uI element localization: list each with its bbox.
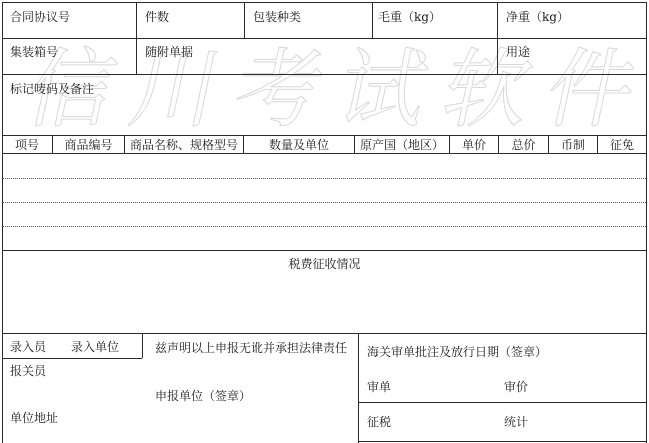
- col-quantity-unit: 数量及单位: [244, 138, 354, 152]
- item-row-separator: [3, 226, 646, 227]
- divider: [358, 441, 647, 442]
- contract-no-label: 合同协议号: [10, 10, 70, 24]
- declaring-unit-label: 申报单位（签章）: [155, 389, 251, 403]
- container-no-label: 集装箱号: [10, 45, 58, 59]
- border-left: [2, 2, 3, 443]
- divider: [358, 402, 647, 403]
- col-currency: 币制: [549, 138, 597, 152]
- divider: [2, 74, 647, 75]
- entry-unit-label: 录入单位: [71, 340, 119, 354]
- border-top: [2, 2, 647, 3]
- divider: [2, 135, 647, 136]
- valuation-label: 审价: [504, 380, 528, 394]
- declaration-statement: 兹声明以上申报无讹并承担法律责任: [155, 341, 347, 355]
- entry-clerk-label: 录入员: [10, 340, 46, 354]
- usage-label: 用途: [506, 45, 530, 59]
- net-weight-label: 净重（kg）: [506, 10, 569, 24]
- declarant-label: 报关员: [10, 364, 46, 378]
- divider: [2, 153, 647, 154]
- divider: [372, 2, 373, 38]
- tax-section-title: 税费征收情况: [2, 257, 647, 271]
- gross-weight-label: 毛重（kg）: [378, 10, 441, 24]
- col-commodity-name: 商品名称、规格型号: [125, 138, 243, 152]
- item-row-separator: [3, 202, 646, 203]
- col-origin-country: 原产国（地区）: [355, 138, 449, 152]
- col-duty-exemption: 征免: [598, 138, 646, 152]
- col-unit-price: 单价: [450, 138, 498, 152]
- divider: [358, 333, 359, 443]
- divider: [2, 38, 647, 39]
- col-commodity-code: 商品编号: [53, 138, 124, 152]
- divider: [2, 250, 647, 251]
- col-item-no: 项号: [2, 138, 52, 152]
- statistics-label: 统计: [504, 415, 528, 429]
- packages-label: 件数: [145, 10, 169, 24]
- divider: [142, 333, 143, 358]
- border-right: [646, 2, 647, 443]
- marks-label: 标记唛码及备注: [10, 82, 94, 96]
- taxation-label: 征税: [367, 415, 391, 429]
- divider: [2, 333, 647, 334]
- customs-approval-label: 海关审单批注及放行日期（签章）: [367, 345, 547, 359]
- package-type-label: 包装种类: [253, 10, 301, 24]
- review-label: 审单: [367, 380, 391, 394]
- customs-declaration-form: 信川考试软件 合同协议号 件数 包装种类 毛重（kg） 净重（kg） 集装箱号 …: [0, 0, 649, 443]
- col-total-price: 总价: [499, 138, 548, 152]
- attached-docs-label: 随附单据: [145, 45, 193, 59]
- divider: [2, 358, 142, 359]
- item-row-separator: [3, 178, 646, 179]
- unit-address-label: 单位地址: [10, 411, 58, 425]
- divider: [244, 2, 245, 38]
